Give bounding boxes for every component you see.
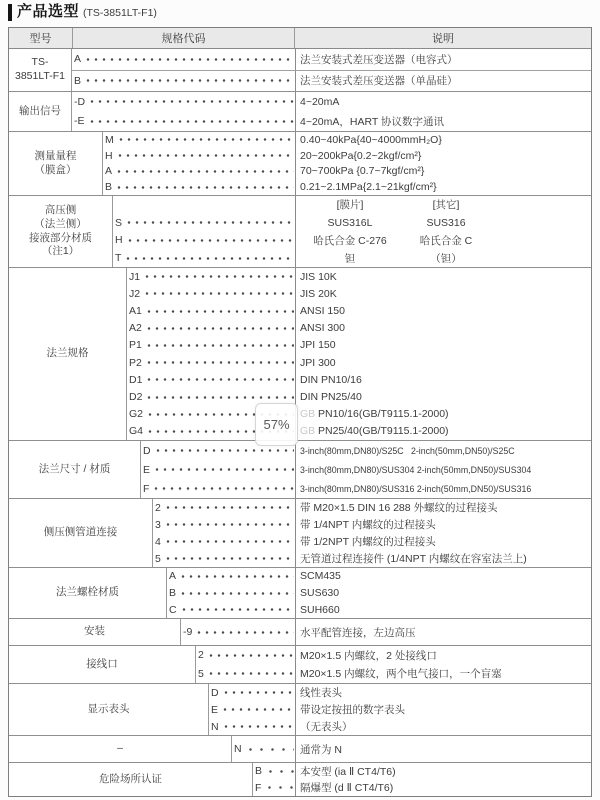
zoom-level-value: 57% [263,417,289,432]
code-value: A [74,53,81,65]
description-text: SUS630 [300,587,339,599]
dot-leader [245,747,294,752]
dot-leader [179,574,294,579]
description-text: JIS 10K [300,271,337,283]
code-row: J2JIS 20K [127,285,591,302]
code-row: CSUH660 [167,601,591,618]
dot-leader [145,309,294,314]
code-value: D [211,687,219,699]
description-text: 水平配管连接，左边高压 [300,625,416,640]
row-group-label: 输出信号 [9,92,72,131]
dot-leader [117,137,294,142]
code-cell: A2 [127,320,295,337]
description-cell: GBPN25/40(GB/T9115.1-2000) [295,423,591,440]
row-group-label: 安装 [9,619,181,645]
code-value: B [105,181,112,193]
code-cell: A [103,164,295,180]
description-text: 隔爆型 (d Ⅱ CT4/T6) [300,780,393,795]
row-group-rows: D线性表头E带设定按扭的数字表头N（无表头） [209,684,591,735]
code-cell: S [113,214,295,232]
description-cell: 隔爆型 (d Ⅱ CT4/T6) [295,780,591,797]
description-cell: 带设定按扭的数字表头 [295,701,591,718]
code-value: P2 [129,357,142,369]
code-value: F [255,782,261,794]
row-group-label-line: – [117,742,123,756]
row-group-rows: -9水平配管连接，左边高压 [181,619,591,645]
code-row: -E4~20mA，HART 协议数字通讯 [72,112,591,132]
code-row: BSUS630 [167,585,591,602]
page-title-text: 产品选型 [17,3,79,21]
description-text: JPI 300 [300,357,336,369]
code-cell: H [113,232,295,250]
row-group-rows: 2带 M20×1.5 DIN 16 288 外螺纹的过程接头3带 1/4NPT … [153,499,591,567]
description-text: 带 M20×1.5 DIN 16 288 外螺纹的过程接头 [300,500,498,515]
code-cell: 5 [153,550,295,567]
code-cell: D1 [127,371,295,388]
code-value: N [234,743,242,755]
code-value: H [115,234,123,246]
description-text: M20×1.5 内螺纹，两个电气接口，一个盲塞 [300,666,502,681]
other-header: [其它] [400,197,492,212]
description-text: 4~20mA，HART 协议数字通讯 [300,114,444,129]
description-text: 法兰安装式差压变送器（单晶硅） [300,73,458,88]
description-cell: ANSI 150 [295,302,591,319]
section-flange-bolt-material: 法兰螺栓材质ASCM435BSUS630CSUH660 [9,568,591,619]
dot-leader [145,395,294,400]
column-header-code: 规格代码 [73,28,295,48]
code-value: M [105,134,114,146]
dot-leader [222,690,294,695]
description-text: 20~200kPa{0.2~2kgf/cm²} [300,150,421,162]
description-text: ANSI 300 [300,322,345,334]
code-value: -9 [183,626,192,638]
page-title-model: (TS-3851LT-F1) [83,6,157,21]
other-material: 哈氏合金 C [400,233,492,248]
row-group-label: 高压侧（法兰侧）接液部分材质（注1） [9,196,113,267]
dot-leader [84,78,294,83]
description-cell: 水平配管连接，左边高压 [295,619,591,645]
dot-leader [88,119,295,124]
description-cell: 4~20mA [295,92,591,112]
section-lp-side-pipe-connection: 侧压侧管道连接2带 M20×1.5 DIN 16 288 外螺纹的过程接头3带 … [9,499,591,568]
code-value: 5 [198,668,204,680]
section-indicator: 显示表头D线性表头E带设定按扭的数字表头N（无表头） [9,684,591,736]
table-header-row: 型号 规格代码 说明 [9,28,591,49]
row-group-label: 显示表头 [9,684,209,735]
description-cell: 带 1/2NPT 内螺纹的过程接头 [295,533,591,550]
code-cell: A [72,49,295,70]
row-group-rows: J1JIS 10KJ2JIS 20KA1ANSI 150A2ANSI 300P1… [127,268,591,440]
row-group-label: TS-3851LT-F1 [9,49,72,91]
description-cell: 20~200kPa{0.2~2kgf/cm²} [295,148,591,164]
code-cell: -E [72,112,295,132]
code-cell: 5 [196,665,295,684]
row-group-rows: N通常为 N [232,736,591,762]
description-cell: DIN PN25/40 [295,388,591,405]
section-flange-spec: 法兰规格J1JIS 10KJ2JIS 20KA1ANSI 150A2ANSI 3… [9,268,591,441]
description-cell: 带 1/4NPT 内螺纹的过程接头 [295,516,591,533]
description-cell: 本安型 (ia Ⅱ CT4/T6) [295,763,591,780]
code-row: G2GBPN10/16(GB/T9115.1-2000) [127,406,591,423]
description-cell: ANSI 300 [295,320,591,337]
section-hazardous-certification: 危险场所认证B本安型 (ia Ⅱ CT4/T6)F隔爆型 (d Ⅱ CT4/T6… [9,763,591,796]
code-value: E [143,464,150,476]
description-text: 本安型 (ia Ⅱ CT4/T6) [300,764,396,779]
code-cell: -D [72,92,295,112]
dot-leader [115,185,294,190]
code-row: D2DIN PN25/40 [127,388,591,405]
zoom-level-indicator: 57% [255,403,298,446]
description-cell: 3-inch(80mm,DN80)/SUS316 2-inch(50mm,DN5… [295,479,591,498]
code-row: A1ANSI 150 [127,302,591,319]
description-cell: 线性表头 [295,684,591,701]
code-value: A [105,165,112,177]
code-cell-empty [113,196,295,214]
row-group-label-line: 法兰尺寸 / 材质 [39,463,111,477]
dot-leader [116,153,294,158]
code-value: J2 [129,288,140,300]
code-row: N通常为 N [232,736,591,762]
description-cell: 无管道过程连接件 (1/4NPT 内螺纹在容室法兰上) [295,550,591,567]
section-dash: –N通常为 N [9,736,591,763]
code-value: D [143,445,151,457]
column-header-description: 说明 [295,28,591,48]
code-value: B [169,587,176,599]
code-cell: B [103,179,295,195]
dot-leader [153,467,294,472]
row-group-label-line: （膜盒） [35,164,77,178]
code-value: -E [74,115,85,127]
code-value: F [143,483,149,495]
code-row: P2JPI 300 [127,354,591,371]
row-group-label: 接线口 [9,646,196,683]
code-value: -D [74,96,85,108]
code-cell: A [167,568,295,585]
code-cell: N [232,736,295,762]
code-row: -D4~20mA [72,92,591,112]
code-row: E3-inch(80mm,DN80)/SUS304 2-inch(50mm,DN… [141,460,591,479]
dot-leader [164,556,294,561]
material-header-cell: [膜片][其它] [295,196,591,214]
code-cell: T [113,249,295,267]
page-title: 产品选型 (TS-3851LT-F1) [8,3,157,21]
row-group-rows: B本安型 (ia Ⅱ CT4/T6)F隔爆型 (d Ⅱ CT4/T6) [253,763,591,796]
description-cell: SUS630 [295,585,591,602]
dot-leader [179,591,294,596]
other-material: （钽） [400,251,492,266]
row-group-label-line: （注1） [42,245,79,259]
description-cell: SUH660 [295,601,591,618]
description-text: ANSI 150 [300,305,345,317]
row-group-label-line: 3851LT-F1 [15,70,65,84]
row-group-rows: D3-inch(80mm,DN80)/S25C 2-inch(50mm,DN50… [141,441,591,498]
code-row: 5无管道过程连接件 (1/4NPT 内螺纹在容室法兰上) [153,550,591,567]
code-row: B0.21~2.1MPa{2.1~21kgf/cm²} [103,179,591,195]
description-cell: JIS 20K [295,285,591,302]
description-text: （无表头） [300,719,353,734]
description-cell: JPI 300 [295,354,591,371]
row-group-label-line: 输出信号 [19,105,61,119]
dot-leader [145,326,294,331]
code-value: S [115,217,122,229]
code-cell: A1 [127,302,295,319]
code-row: B法兰安装式差压变送器（单晶硅） [72,70,591,92]
row-group-label-line: 安装 [84,625,105,639]
code-value: A1 [129,305,142,317]
diaphragm-header: [膜片] [300,197,400,212]
row-group-label: – [9,736,232,762]
description-text: 3-inch(80mm,DN80)/S25C 2-inch(50mm,DN50)… [300,446,515,456]
row-group-label-line: 接液部分材质 [29,232,92,246]
diaphragm-material: 钽 [300,251,400,266]
description-text: 3-inch(80mm,DN80)/SUS304 2-inch(50mm,DN5… [300,465,531,475]
section-flange-size-material: 法兰尺寸 / 材质D3-inch(80mm,DN80)/S25C 2-inch(… [9,441,591,499]
dot-leader [126,238,294,243]
code-row: D1DIN PN10/16 [127,371,591,388]
product-selection-table: 型号 规格代码 说明 TS-3851LT-F1A法兰安装式差压变送器（电容式）B… [8,27,592,797]
dot-leader [125,220,294,225]
code-cell: B [72,71,295,92]
description-cell: 0.21~2.1MPa{2.1~21kgf/cm²} [295,179,591,195]
code-row: H20~200kPa{0.2~2kgf/cm²} [103,148,591,164]
description-cell: 哈氏合金 C-276哈氏合金 C [295,232,591,250]
diaphragm-material: 哈氏合金 C-276 [300,233,400,248]
code-row: F隔爆型 (d Ⅱ CT4/T6) [253,780,591,797]
section-conduit-connection: 接线口2M20×1.5 内螺纹，2 处接线口5M20×1.5 内螺纹，两个电气接… [9,646,591,684]
row-group-rows: -D4~20mA-E4~20mA，HART 协议数字通讯 [72,92,591,131]
section-model: TS-3851LT-F1A法兰安装式差压变送器（电容式）B法兰安装式差压变送器（… [9,49,591,92]
description-text: 3-inch(80mm,DN80)/SUS316 2-inch(50mm,DN5… [300,484,531,494]
code-value: J1 [129,271,140,283]
code-value: T [115,252,121,264]
row-group-label-line: 高压侧 [45,204,77,218]
description-text: JPI 150 [300,339,336,351]
dot-leader [164,539,294,544]
description-text: 带设定按扭的数字表头 [300,702,405,717]
code-row: D3-inch(80mm,DN80)/S25C 2-inch(50mm,DN50… [141,441,591,460]
code-value: E [211,704,218,716]
description-text: DIN PN25/40 [300,391,362,403]
row-group-label-line: 侧压侧管道连接 [44,526,118,540]
description-text: SUH660 [300,604,340,616]
code-row: N（无表头） [209,718,591,735]
row-group-label-line: 测量量程 [35,150,77,164]
description-cell: 70~700kPa {0.7~7kgf/cm²} [295,164,591,180]
dot-leader [145,377,294,382]
row-group-label-line: 危险场所认证 [99,773,162,787]
row-group-rows: [膜片][其它]SSUS316LSUS316H哈氏合金 C-276哈氏合金 CT… [113,196,591,267]
code-row: 4带 1/2NPT 内螺纹的过程接头 [153,533,591,550]
description-text: 无管道过程连接件 (1/4NPT 内螺纹在容室法兰上) [300,551,527,566]
code-row: ASCM435 [167,568,591,585]
dot-leader [145,343,294,348]
description-cell: 通常为 N [295,736,591,762]
description-text: 法兰安装式差压变送器（电容式） [300,52,458,67]
code-value: B [74,75,81,87]
section-measuring-range: 测量量程（膜盒）M0.40~40kPa{40~4000mmH₂O}H20~200… [9,132,591,196]
description-cell: 3-inch(80mm,DN80)/S25C 2-inch(50mm,DN50)… [295,441,591,460]
code-value: N [211,721,219,733]
code-value: 3 [155,519,161,531]
code-row: A70~700kPa {0.7~7kgf/cm²} [103,164,591,180]
row-group-label: 测量量程（膜盒） [9,132,103,195]
code-value: 5 [155,553,161,565]
description-text: 4~20mA [300,96,339,108]
description-cell: （无表头） [295,718,591,735]
row-group-rows: A法兰安装式差压变送器（电容式）B法兰安装式差压变送器（单晶硅） [72,49,591,91]
description-cell: M20×1.5 内螺纹，2 处接线口 [295,646,591,665]
code-row: 2M20×1.5 内螺纹，2 处接线口 [196,646,591,665]
code-cell: F [141,479,295,498]
dot-leader [180,607,294,612]
description-cell: 0.40~40kPa{40~4000mmH₂O} [295,132,591,148]
description-cell: 法兰安装式差压变送器（单晶硅） [295,71,591,92]
code-value: 2 [198,649,204,661]
code-row: B本安型 (ia Ⅱ CT4/T6) [253,763,591,780]
code-cell: -9 [181,619,295,645]
faint-prefix: GB [300,425,318,437]
code-value: H [105,150,113,162]
dot-leader [164,505,294,510]
other-material: SUS316 [400,217,492,229]
dot-leader [207,653,294,658]
dot-leader [264,785,294,790]
code-row: A2ANSI 300 [127,320,591,337]
code-value: A2 [129,322,142,334]
code-cell: 2 [153,499,295,516]
description-text: 0.21~2.1MPa{2.1~21kgf/cm²} [300,181,437,193]
section-output-signal: 输出信号-D4~20mA-E4~20mA，HART 协议数字通讯 [9,92,591,132]
code-row: E带设定按扭的数字表头 [209,701,591,718]
code-cell: M [103,132,295,148]
description-cell: M20×1.5 内螺纹，两个电气接口，一个盲塞 [295,665,591,684]
code-value: P1 [129,339,142,351]
description-cell: 钽（钽） [295,249,591,267]
description-text: 线性表头 [300,685,342,700]
dot-leader [115,169,294,174]
row-group-label-line: TS- [32,56,49,70]
description-cell: JIS 10K [295,268,591,285]
code-cell: P1 [127,337,295,354]
code-cell: D [209,684,295,701]
code-value: 4 [155,536,161,548]
code-row: 3带 1/4NPT 内螺纹的过程接头 [153,516,591,533]
description-cell: GBPN10/16(GB/T9115.1-2000) [295,406,591,423]
description-text: PN10/16(GB/T9115.1-2000) [318,408,449,420]
dot-leader [124,256,294,261]
dot-leader [84,57,294,62]
code-row: SSUS316LSUS316 [113,214,591,232]
dot-leader [221,707,294,712]
description-text: DIN PN10/16 [300,374,362,386]
row-group-label: 法兰尺寸 / 材质 [9,441,141,498]
code-row: M0.40~40kPa{40~4000mmH₂O} [103,132,591,148]
code-row: J1JIS 10K [127,268,591,285]
code-cell: 2 [196,646,295,665]
description-cell: 法兰安装式差压变送器（电容式） [295,49,591,70]
code-value: D1 [129,374,142,386]
code-value: A [169,570,176,582]
description-text: 带 1/4NPT 内螺纹的过程接头 [300,517,436,532]
code-cell: B [167,585,295,602]
description-text: 70~700kPa {0.7~7kgf/cm²} [300,165,424,177]
code-row: G4GBPN25/40(GB/T9115.1-2000) [127,423,591,440]
description-cell: JPI 150 [295,337,591,354]
code-cell: E [141,460,295,479]
code-cell: E [209,701,295,718]
description-text: SCM435 [300,570,341,582]
row-group-rows: 2M20×1.5 内螺纹，2 处接线口5M20×1.5 内螺纹，两个电气接口，一… [196,646,591,683]
code-row: T钽（钽） [113,249,591,267]
description-cell: SUS316LSUS316 [295,214,591,232]
dot-leader [265,769,294,774]
dot-leader [207,671,294,676]
description-text: PN25/40(GB/T9115.1-2000) [318,425,449,437]
code-cell: 4 [153,533,295,550]
code-value: G2 [129,408,143,420]
dot-leader [222,724,294,729]
description-cell: 3-inch(80mm,DN80)/SUS304 2-inch(50mm,DN5… [295,460,591,479]
code-value: 2 [155,502,161,514]
code-cell: J2 [127,285,295,302]
code-row: 2带 M20×1.5 DIN 16 288 外螺纹的过程接头 [153,499,591,516]
code-row: A法兰安装式差压变送器（电容式） [72,49,591,70]
description-cell: 带 M20×1.5 DIN 16 288 外螺纹的过程接头 [295,499,591,516]
code-cell: 3 [153,516,295,533]
title-accent-bar [8,4,12,21]
description-text: M20×1.5 内螺纹，2 处接线口 [300,648,437,663]
code-cell: F [253,780,295,797]
column-header-model: 型号 [9,28,73,48]
dot-leader [145,360,294,365]
dot-leader [154,448,294,453]
code-cell: H [103,148,295,164]
dot-leader [88,99,294,104]
description-text: JIS 20K [300,288,337,300]
code-row: 5M20×1.5 内螺纹，两个电气接口，一个盲塞 [196,665,591,684]
code-row: H哈氏合金 C-276哈氏合金 C [113,232,591,250]
code-cell: J1 [127,268,295,285]
row-group-label: 侧压侧管道连接 [9,499,153,567]
description-cell: SCM435 [295,568,591,585]
dot-leader [164,522,294,527]
row-group-label: 危险场所认证 [9,763,253,796]
code-value: D2 [129,391,142,403]
material-header-row: [膜片][其它] [113,196,591,214]
code-row: -9水平配管连接，左边高压 [181,619,591,645]
row-group-rows: M0.40~40kPa{40~4000mmH₂O}H20~200kPa{0.2~… [103,132,591,195]
row-group-rows: ASCM435BSUS630CSUH660 [167,568,591,618]
description-cell: DIN PN10/16 [295,371,591,388]
dot-leader [143,291,294,296]
description-text: 0.40~40kPa{40~4000mmH₂O} [300,134,442,146]
row-group-label: 法兰规格 [9,268,127,440]
dot-leader [195,630,294,635]
row-group-label-line: 法兰规格 [47,347,89,361]
faint-prefix: GB [300,408,318,420]
diaphragm-material: SUS316L [300,217,400,229]
section-hp-side-wetted-material: 高压侧（法兰侧）接液部分材质（注1）[膜片][其它]SSUS316LSUS316… [9,196,591,268]
description-text: 通常为 N [300,742,342,757]
description-cell: 4~20mA，HART 协议数字通讯 [295,112,591,132]
code-cell: P2 [127,354,295,371]
code-row: P1JPI 150 [127,337,591,354]
row-group-label-line: 接线口 [86,658,118,672]
description-text: 带 1/2NPT 内螺纹的过程接头 [300,534,436,549]
row-group-label-line: 法兰螺栓材质 [56,586,119,600]
code-row: F3-inch(80mm,DN80)/SUS316 2-inch(50mm,DN… [141,479,591,498]
row-group-label-line: 显示表头 [88,703,130,717]
